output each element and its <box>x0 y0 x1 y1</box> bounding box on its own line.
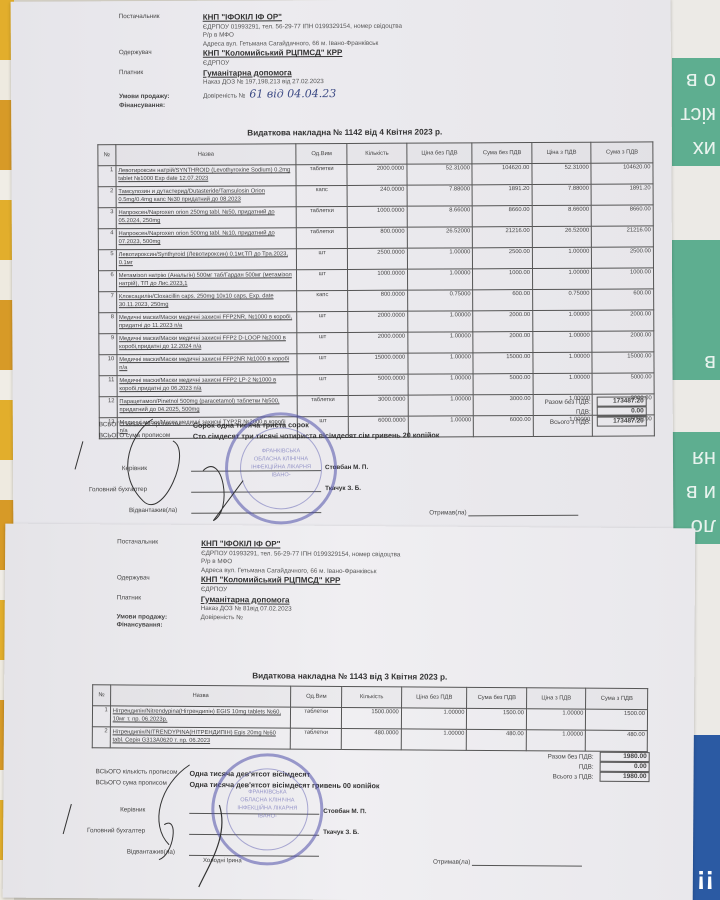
received-label: Отримав(ла) <box>433 859 470 866</box>
received-field: Отримав(ла) <box>429 507 578 517</box>
poster-text: о в <box>672 64 716 98</box>
cell-n: 9 <box>99 334 117 355</box>
cell-unit: шт <box>297 353 348 374</box>
table-row: 1Левотироксин натрій/SYNTHROID (Levothyr… <box>98 163 653 187</box>
cell-name: Нітрендипін/Nitrendypina(Нітрендипін) EG… <box>110 706 291 728</box>
cell-sum-vat: 480.00 <box>586 730 648 751</box>
recipient-details: ЄДРПОУ <box>203 60 229 67</box>
cell-n: 2 <box>92 727 110 748</box>
column-header: Од.Вим <box>291 686 342 707</box>
supplier-label: Постачальник <box>117 538 201 548</box>
cell-sum-vat: 2500.00 <box>592 247 654 268</box>
terms-handwritten: 61 від 04.04.23 <box>249 87 336 100</box>
cell-qty: 2500.0000 <box>348 248 408 269</box>
cell-unit: таблетки <box>297 395 348 416</box>
cell-unit: капс <box>296 185 347 206</box>
cell-n: 8 <box>99 313 117 334</box>
cell-unit: шт <box>297 332 348 353</box>
cell-name: Левотироксин/Synthyroid (Левотироксин) 0… <box>116 249 297 271</box>
official-stamp: ФРАНКІВСЬКА ОБЛАСНА КЛІНІЧНА ІНФЕКЦІЙНА … <box>225 412 338 525</box>
cell-name: Клоксацилін/Cloxacillin caps. 250mg 10x1… <box>116 291 297 313</box>
cell-sum: 480.00 <box>467 729 527 750</box>
total-vat-value: 1980.00 <box>600 772 650 782</box>
invoice-items-table: №НазваОд.ВимКількістьЦіна без ПДВСума бе… <box>97 141 655 439</box>
financing-label: Фінансування: <box>119 102 203 109</box>
vat-label: ПДВ: <box>576 408 591 415</box>
cell-qty: 800.0000 <box>348 227 408 248</box>
invoice-totals: Разом без ПДВ:1980.00 ПДВ:0.00 Всього з … <box>547 751 649 782</box>
cell-price-vat: 1.00000 <box>533 331 593 352</box>
supplier-name: КНП "ІФОКІЛ ІФ ОР" <box>201 539 280 549</box>
shipped-label: Відвантажив(ла) <box>55 848 175 856</box>
cell-n: 2 <box>98 187 116 208</box>
financing-label: Фінансування: <box>117 622 201 630</box>
cell-sum-vat: 1891.20 <box>591 184 653 205</box>
cell-qty: 1000.0000 <box>347 206 407 227</box>
cell-price: 8.66000 <box>407 206 473 227</box>
cell-qty: 240.0000 <box>347 185 407 206</box>
cell-price-vat: 7.88000 <box>532 184 592 205</box>
cell-price: 7.88000 <box>407 185 473 206</box>
cell-sum-vat: 2000.00 <box>592 310 654 331</box>
column-header: Ціна з ПДВ <box>532 142 592 163</box>
cell-name: Медичні маски/Маски медичні захисні FFP2… <box>117 375 298 397</box>
payer-label: Платник <box>117 594 201 604</box>
table-row: 2Тамсулозин и дутастерид/Dutasteride/Tam… <box>98 184 653 208</box>
poster-text: ня <box>672 442 716 476</box>
cell-sum-vat: 1500.00 <box>586 709 648 730</box>
payer-label: Платник <box>119 68 203 77</box>
recipient-name: КНП "Коломийський РЦПМСД" КРР <box>203 48 343 58</box>
column-header: Кількість <box>347 143 407 164</box>
cell-name: Нітрендипін/NITRENDYPINA(НІТРЕНДИПІН) Eg… <box>110 727 291 749</box>
terms-value: Довіреність № <box>203 92 245 99</box>
cell-n: 11 <box>99 376 117 397</box>
vat-label: ПДВ: <box>579 763 594 770</box>
poster-text: и в <box>672 476 716 510</box>
cell-qty: 2000.0000 <box>348 332 408 353</box>
total-no-vat-label: Разом без ПДВ: <box>548 753 594 760</box>
table-row: 9Медичні маски/Маски медичні захисні FFP… <box>99 331 654 355</box>
poster-green-block-lower: ло и в ня <box>672 432 720 544</box>
supplier-details: ЄДРПОУ 01993291, тел. 56-29-77 ІПН 01993… <box>201 550 400 558</box>
stamp-text: ІВАНО- <box>228 471 334 480</box>
column-header: № <box>98 145 116 166</box>
cell-sum: 2000.00 <box>473 332 533 353</box>
table-row: 11Медичні маски/Маски медичні захисні FF… <box>99 373 654 397</box>
column-header: № <box>93 685 111 706</box>
supplier-address: Адреса вул. Гетьмана Сагайдачного, 66 м.… <box>201 567 377 575</box>
official-stamp: ФРАНКІВСЬКА ОБЛАСНА КЛІНІЧНА ІНФЕКЦІЙНА … <box>211 753 324 866</box>
cell-name: Напроксен/Naproxen orion 500mg tabl. №10… <box>116 228 297 250</box>
cell-unit: таблетки <box>296 227 347 248</box>
cell-price-vat: 1.00000 <box>532 268 592 289</box>
cell-price: 1.00000 <box>401 729 467 750</box>
cell-qty: 5000.0000 <box>348 374 408 395</box>
cell-name: Напроксен/Naproxen orion 250mg tabl. №50… <box>116 207 297 229</box>
cell-sum: 1891.20 <box>473 185 533 206</box>
payer-name: Гуманітарна допомога <box>201 595 290 605</box>
stamp-text: ІНФЕКЦІЙНА ЛІКАРНЯ <box>214 804 320 813</box>
cell-sum-vat: 5000.00 <box>592 373 654 394</box>
stamp-text: ФРАНКІВСЬКА <box>214 788 320 797</box>
head-label: Керівник <box>57 465 147 472</box>
table-row: 4Напроксен/Naproxen orion 500mg tabl. №1… <box>98 226 653 250</box>
cell-price-vat: 8.66000 <box>532 205 592 226</box>
received-label: Отримав(ла) <box>429 509 466 516</box>
payer-name: Гуманітарна допомога <box>203 68 292 77</box>
cell-sum-vat: 15000.00 <box>592 352 654 373</box>
head-label: Керівник <box>55 806 145 814</box>
stamp-text: ІНФЕКЦІЙНА ЛІКАРНЯ <box>228 463 334 472</box>
cell-price-vat: 1.00000 <box>532 247 592 268</box>
table-row: 3Напроксен/Naproxen orion 250mg tabl. №5… <box>98 205 653 229</box>
cell-name: Тамсулозин и дутастерид/Dutasteride/Tams… <box>116 186 297 208</box>
cell-sum-vat: 21216.00 <box>592 226 654 247</box>
poster-text: их <box>672 132 716 166</box>
column-header: Сума з ПДВ <box>591 142 653 163</box>
cell-unit: шт <box>297 311 348 332</box>
cell-sum: 21216.00 <box>473 227 533 248</box>
stamp-text: ІВАНО- <box>214 812 320 821</box>
cell-price: 52.31000 <box>407 164 473 185</box>
cell-qty: 3000.0000 <box>348 395 408 416</box>
total-no-vat-value: 173487.20 <box>597 396 647 406</box>
cell-unit: таблетки <box>291 707 342 728</box>
total-vat-label: Всього з ПДВ: <box>550 418 591 425</box>
cell-price-vat: 1.00000 <box>526 709 586 730</box>
cell-name: Левотироксин натрій/SYNTHROID (Levothyro… <box>116 165 297 187</box>
cell-price-vat: 52.31000 <box>532 163 592 184</box>
cell-qty: 480.0000 <box>342 728 402 749</box>
cell-name: Медичні маски/Маски медичні захисні FFP2… <box>116 312 297 334</box>
cell-price: 1.00000 <box>401 708 467 729</box>
table-row: 7Клоксацилін/Cloxacillin caps. 250mg 10x… <box>99 289 654 313</box>
cell-unit: таблетки <box>296 164 347 185</box>
column-header: Назва <box>110 685 291 707</box>
cell-price: 1.00000 <box>408 374 474 395</box>
cell-qty: 1500.0000 <box>342 707 402 728</box>
recipient-label: Одержувач <box>119 49 203 58</box>
shipped-label: Відвантажив(ла) <box>57 507 177 515</box>
invoice-title: Видаткова накладна № 1143 від 3 Квітня 2… <box>252 671 447 681</box>
sum-words-label: ВСЬОГО сума прописом <box>95 779 189 789</box>
cell-sum: 5000.00 <box>474 374 534 395</box>
cell-n: 6 <box>99 271 117 292</box>
cell-price-vat: 1.00000 <box>533 352 593 373</box>
cell-qty: 800.0000 <box>348 290 408 311</box>
total-vat-label: Всього з ПДВ: <box>553 773 594 780</box>
cell-n: 1 <box>92 706 110 727</box>
signature-line <box>469 507 579 517</box>
cell-sum-vat: 1000.00 <box>592 268 654 289</box>
column-header: Кількість <box>342 686 402 707</box>
invoice-sheet-1142: ПостачальникКНП "ІФОКІЛ ІФ ОР" ЄДРПОУ 01… <box>11 0 674 542</box>
cell-n: 3 <box>98 208 116 229</box>
cell-name: Медичні маски/Маски медичні захисні FFP2… <box>117 354 298 376</box>
cell-n: 10 <box>99 355 117 376</box>
cell-price: 26.52000 <box>407 227 473 248</box>
cell-price-vat: 26.52000 <box>532 226 592 247</box>
sum-words-label: ВСЬОГО сума прописом <box>99 432 193 441</box>
stamp-text: ОБЛАСНА КЛІНІЧНА <box>214 796 320 805</box>
invoice-header: ПостачальникКНП "ІФОКІЛ ІФ ОР" ЄДРПОУ 01… <box>119 12 403 111</box>
cell-sum: 3000.00 <box>474 395 534 416</box>
vat-value: 0.00 <box>600 762 650 772</box>
accountant-name: Ткачук З. Б. <box>323 829 359 836</box>
column-header: Сума без ПДВ <box>467 687 527 708</box>
recipient-details: ЄДРПОУ <box>201 586 227 593</box>
cell-sum: 8660.00 <box>473 206 533 227</box>
payer-details: Наказ ДОЗ № 197,198,213 від 27.02.2023 <box>203 78 324 86</box>
cell-qty: 15000.0000 <box>348 353 408 374</box>
received-field: Отримав(ла) <box>433 857 582 867</box>
column-header: Ціна без ПДВ <box>401 687 467 708</box>
cell-sum: 1500.00 <box>467 708 527 729</box>
cell-price-vat: 0.75000 <box>533 289 593 310</box>
supplier-account: Р/р в МФО <box>201 558 232 565</box>
recipient-label: Одержувач <box>117 575 201 585</box>
cell-price-vat: 1.00000 <box>526 730 586 751</box>
cell-unit: капс <box>297 290 348 311</box>
cell-unit: таблетки <box>296 206 347 227</box>
cell-unit: таблетки <box>290 728 341 749</box>
supplier-name: КНП "ІФОКІЛ ІФ ОР" <box>203 12 282 21</box>
signature-line <box>472 857 582 867</box>
qty-words-label: ВСЬОГО кількість прописом <box>99 421 193 430</box>
table-row: 6Метамізол натрію (Анальгін) 500мг таб/Г… <box>99 268 654 292</box>
stamp-text: ФРАНКІВСЬКА <box>228 447 334 456</box>
poster-text: в <box>672 346 716 380</box>
supplier-label: Постачальник <box>119 13 203 22</box>
cell-qty: 1000.0000 <box>348 269 408 290</box>
payer-details: Наказ ДОЗ № 81від 07.02.2023 <box>201 605 292 613</box>
cell-unit: шт <box>297 269 348 290</box>
invoice-totals: Разом без ПДВ:173487.20 ПДВ:0.00 Всього … <box>545 396 647 427</box>
cell-price-vat: 1.00000 <box>533 373 593 394</box>
table-row: 8Медичні маски/Маски медичні захисні FFP… <box>99 310 654 334</box>
column-header: Ціна без ПДВ <box>407 143 473 164</box>
cell-sum: 2500.00 <box>473 248 533 269</box>
cell-name: Метамізол натрію (Анальгін) 500мг таб/Га… <box>116 270 297 292</box>
table-row: 2Нітрендипін/NITRENDYPINA(НІТРЕНДИПІН) E… <box>92 727 647 752</box>
poster-green-block-mid: в <box>672 240 720 380</box>
recipient-name: КНП "Коломийський РЦПМСД" КРР <box>201 575 341 585</box>
cell-sum-vat: 600.00 <box>592 289 654 310</box>
terms-label: Умови продажу: <box>117 613 201 621</box>
cell-qty: 2000.0000 <box>347 164 407 185</box>
cell-price: 1.00000 <box>407 248 473 269</box>
accountant-label: Головний бухгалтер <box>55 827 145 835</box>
column-header: Назва <box>116 144 297 166</box>
cell-sum: 6000.00 <box>474 416 534 437</box>
cell-price: 1.00000 <box>408 353 474 374</box>
cell-price: 0.75000 <box>407 290 473 311</box>
column-header: Ціна з ПДВ <box>526 688 586 709</box>
column-header: Сума з ПДВ <box>586 688 648 709</box>
cell-qty: 2000.0000 <box>348 311 408 332</box>
cell-price: 1.00000 <box>407 269 473 290</box>
invoice-items-table: №НазваОд.ВимКількістьЦіна без ПДВСума бе… <box>92 684 648 752</box>
cell-sum-vat: 2000.00 <box>592 331 654 352</box>
cell-n: 4 <box>98 229 116 250</box>
terms-label: Умови продажу: <box>119 92 203 99</box>
poster-green-block-top: их кіст о в <box>672 58 720 166</box>
cell-sum: 1000.00 <box>473 269 533 290</box>
table-row: 10Медичні маски/Маски медичні захисні FF… <box>99 352 654 376</box>
invoice-header: ПостачальникКНП "ІФОКІЛ ІФ ОР" ЄДРПОУ 01… <box>117 538 401 632</box>
cell-sum: 104620.00 <box>472 164 532 185</box>
cell-sum-vat: 8660.00 <box>592 205 654 226</box>
head-name: Стовбан М. П. <box>323 808 366 815</box>
invoice-title: Видаткова накладна № 1142 від 4 Квітня 2… <box>247 127 442 137</box>
supplier-address: Адреса вул. Гетьмана Сагайдачного, 66 м.… <box>203 40 379 48</box>
cell-unit: шт <box>297 248 348 269</box>
cell-name: Медичні маски/Маски медичні захисні FFP2… <box>117 333 298 355</box>
cell-n: 7 <box>99 292 117 313</box>
terms-value: Довіреність № <box>201 614 243 621</box>
cell-sum: 2000.00 <box>473 311 533 332</box>
qty-words-label: ВСЬОГО кількість прописом <box>96 768 190 778</box>
cell-sum: 15000.00 <box>473 353 533 374</box>
cell-price: 1.00000 <box>408 332 474 353</box>
column-header: Сума без ПДВ <box>472 143 532 164</box>
supplier-account: Р/р в МФО <box>203 32 234 39</box>
supplier-details: ЄДРПОУ 01993291, тел. 56-29-77 ІПН 01993… <box>203 22 402 30</box>
column-header: Од.Вим <box>296 143 347 164</box>
cell-unit: шт <box>297 374 348 395</box>
invoice-sheet-1143: ПостачальникКНП "ІФОКІЛ ІФ ОР" ЄДРПОУ 01… <box>3 524 696 900</box>
cell-price: 1.00000 <box>407 311 473 332</box>
total-no-vat-label: Разом без ПДВ: <box>545 398 591 405</box>
stamp-text: ОБЛАСНА КЛІНІЧНА <box>228 455 334 464</box>
cell-sum-vat: 104620.00 <box>591 163 653 184</box>
accountant-label: Головний бухгалтер <box>57 486 147 493</box>
total-vat-value: 173487.20 <box>597 416 647 426</box>
total-no-vat-value: 1980.00 <box>600 752 650 762</box>
cell-price: 1.00000 <box>408 395 474 416</box>
cell-sum: 600.00 <box>473 290 533 311</box>
vat-value: 0.00 <box>597 406 647 416</box>
table-row: 5Левотироксин/Synthyroid (Левотироксин) … <box>98 247 653 271</box>
cell-price-vat: 1.00000 <box>533 310 593 331</box>
cell-n: 1 <box>98 166 116 187</box>
cell-n: 5 <box>98 250 116 271</box>
cell-n: 12 <box>99 397 117 418</box>
poster-text: кіст <box>672 98 716 132</box>
